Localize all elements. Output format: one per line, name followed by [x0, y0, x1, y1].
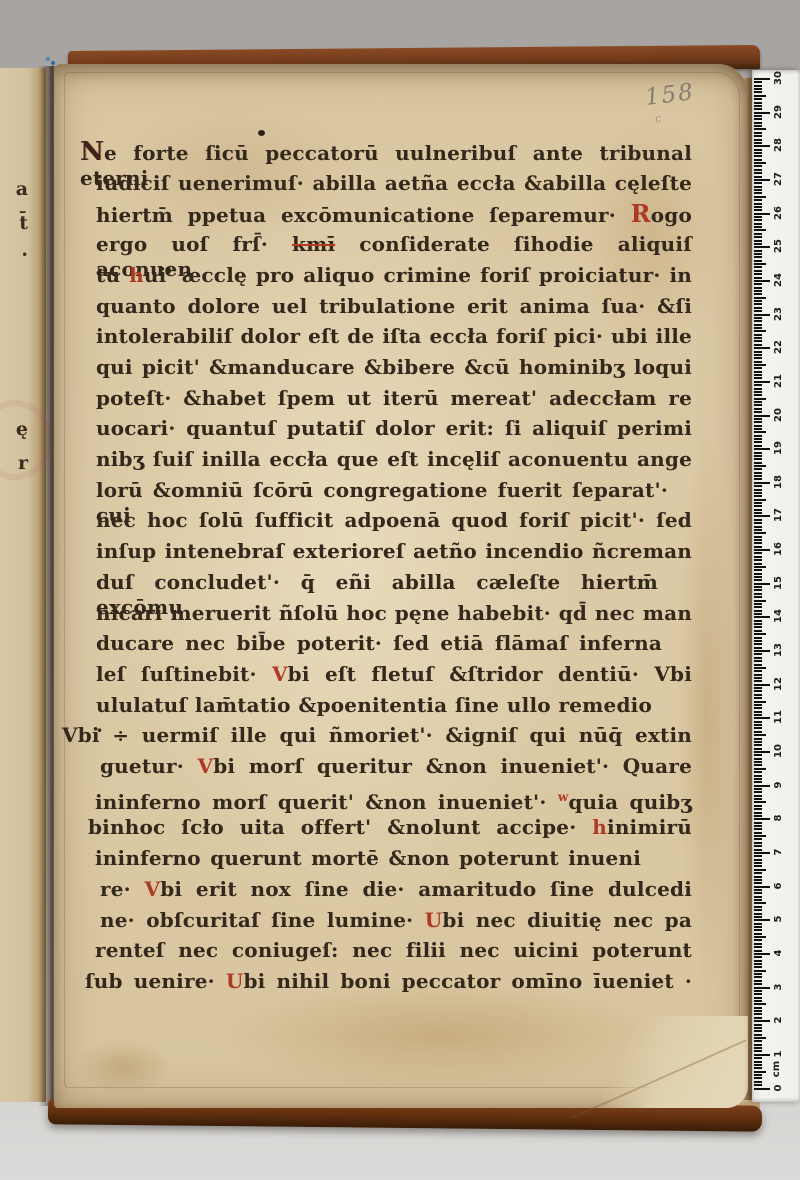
ruler-tick — [754, 492, 762, 494]
text-segment: ininferno morſ querit' &non inueniet'· — [95, 790, 558, 814]
ruler-tick — [754, 226, 762, 228]
ruler-tick — [754, 650, 770, 652]
text-segment: inimirū — [607, 815, 692, 839]
ruler-tick — [754, 354, 762, 356]
ruler-tick — [754, 357, 762, 359]
ruler-tick — [754, 149, 762, 151]
margin-fragment: t̄ — [0, 214, 28, 233]
thread-speck — [46, 57, 50, 61]
ruler-tick — [754, 899, 762, 901]
text-segment: ogo — [651, 203, 692, 227]
ruler-tick — [754, 105, 762, 107]
manuscript-line: ducare nec bib̄e poterit· ſed etiā flāma… — [96, 631, 662, 657]
ruler-tick — [754, 229, 766, 231]
ruler-tick — [754, 192, 762, 194]
margin-fragment: ę — [0, 420, 28, 439]
ruler-tick — [754, 606, 762, 608]
ruler-tick — [754, 613, 762, 615]
ruler-tick — [754, 586, 762, 588]
ruler-tick — [754, 128, 766, 130]
ruler-tick — [754, 781, 762, 783]
ruler-tick — [754, 1020, 770, 1022]
ruler-tick — [754, 559, 762, 561]
ruler-tick — [754, 452, 762, 454]
ruler-number: 30 — [773, 65, 785, 91]
ruler-tick — [754, 741, 762, 743]
ruler-tick — [754, 78, 770, 80]
ruler-tick — [754, 684, 770, 686]
ruler-tick — [754, 579, 762, 581]
ink-dot — [258, 130, 265, 136]
ruler-number: 16 — [773, 536, 785, 562]
ruler-tick — [754, 990, 762, 992]
ruler-tick — [754, 1064, 762, 1066]
ruler-tick — [754, 987, 770, 989]
ruler-tick — [754, 425, 762, 427]
text-segment: N — [80, 137, 104, 167]
ruler-tick — [754, 889, 762, 891]
ruler-tick — [754, 404, 762, 406]
ruler-tick — [754, 216, 762, 218]
ruler-number: 20 — [773, 402, 785, 428]
ruler-tick — [754, 519, 762, 521]
manuscript-line: Ne forte ſicū peccatorū uulneribuſ ante … — [80, 140, 692, 166]
text-segment: R — [631, 199, 651, 228]
ruler-tick — [754, 795, 762, 797]
ruler-number: 25 — [773, 233, 785, 259]
manuscript-line: tu hui' æcclę pro aliquo crimine foriſ p… — [96, 263, 692, 289]
ruler-tick — [754, 182, 762, 184]
ruler-tick — [754, 98, 762, 100]
ruler-tick — [754, 458, 762, 460]
ruler-tick — [754, 697, 762, 699]
ruler-tick — [754, 950, 762, 952]
manuscript-line: ululatuſ lam̄tatio &poenitentia ſine ull… — [96, 693, 652, 719]
ruler-tick — [754, 825, 762, 827]
manuscript-line: ininferno morſ querit' &non inueniet'· w… — [95, 785, 692, 811]
ruler-tick — [754, 159, 762, 161]
text-segment: ſub uenire· — [85, 969, 226, 993]
ruler-tick — [754, 536, 762, 538]
ruler-tick — [754, 748, 762, 750]
ruler-tick — [754, 1081, 762, 1083]
ruler-tick — [754, 371, 762, 373]
ruler-tick — [754, 660, 762, 662]
ruler-tick — [754, 1010, 762, 1012]
text-segment: w — [558, 790, 569, 804]
text-segment: bi erit nox ſine die· amaritudo ſine dul… — [160, 877, 692, 901]
ruler-tick — [754, 246, 770, 248]
ruler-tick — [754, 620, 762, 622]
ruler-tick — [754, 933, 762, 935]
ruler-tick — [754, 1057, 762, 1059]
ruler-tick — [754, 600, 766, 602]
margin-fragment: r — [0, 454, 28, 473]
ruler-number: 7 — [773, 839, 785, 865]
ruler-tick — [754, 327, 762, 329]
manuscript-line: inſup intenebraſ exterioreſ aetño incend… — [96, 539, 692, 565]
ruler-tick — [754, 563, 762, 565]
ruler-tick — [754, 169, 762, 171]
ruler-tick — [754, 401, 762, 403]
ruler-tick — [754, 203, 762, 205]
ruler-tick — [754, 240, 762, 242]
ruler-tick — [754, 472, 762, 474]
text-segment: re· — [100, 877, 145, 901]
ruler-tick — [754, 630, 762, 632]
ruler-tick — [754, 1024, 762, 1026]
manuscript-line: ſub uenire· Ubi nihil boni peccator omīn… — [85, 969, 692, 995]
ruler-tick — [754, 778, 762, 780]
ruler-tick — [754, 909, 762, 911]
ruler-tick — [754, 297, 766, 299]
ruler-tick — [754, 283, 762, 285]
ruler-tick — [754, 980, 762, 982]
ruler-tick — [754, 764, 762, 766]
ruler-number: 21 — [773, 368, 785, 394]
ruler-tick — [754, 509, 762, 511]
text-segment: U — [226, 969, 244, 993]
thread-speck — [51, 61, 55, 65]
ruler-tick — [754, 798, 762, 800]
ruler-tick — [754, 155, 762, 157]
ruler-tick — [754, 340, 762, 342]
ruler-tick — [754, 828, 762, 830]
ruler-tick — [754, 179, 770, 181]
ruler-tick — [754, 573, 762, 575]
ruler-tick — [754, 495, 762, 497]
ruler-tick — [754, 838, 762, 840]
manuscript-line: duſ concludet'· q̄ eñi abilla cæleſte hi… — [96, 570, 658, 596]
ruler-tick — [754, 1003, 766, 1005]
ruler-tick — [754, 125, 762, 127]
ruler-tick — [754, 717, 770, 719]
ruler-tick — [754, 805, 762, 807]
text-segment: leſ ſuſtinebit· — [96, 662, 272, 686]
ruler-tick — [754, 152, 762, 154]
ruler-tick — [754, 256, 762, 258]
ruler-tick — [754, 189, 762, 191]
ruler-tick — [754, 377, 762, 379]
ruler-tick — [754, 849, 762, 851]
ruler-tick — [754, 596, 762, 598]
manuscript-line: re· Vbi erit nox ſine die· amaritudo ſin… — [100, 877, 692, 903]
ruler-tick — [754, 1013, 762, 1015]
ruler-tick — [754, 330, 766, 332]
ruler-tick — [754, 102, 762, 104]
manuscript-line: quanto dolore uel tribulatione erit anim… — [96, 294, 692, 320]
ruler-tick — [754, 946, 762, 948]
ruler-number: 15 — [773, 570, 785, 596]
ruler-number: 12 — [773, 671, 785, 697]
ruler-tick — [754, 408, 762, 410]
ruler-tick — [754, 142, 762, 144]
ruler-tick — [754, 263, 766, 265]
ruler-tick — [754, 886, 770, 888]
manuscript-line: poteſt· &habet ſpem ut iterū mereat' ade… — [96, 386, 692, 412]
text-segment: binhoc ſcło uita offert' &nolunt accipe· — [88, 815, 592, 839]
text-segment: ducare nec bib̄e poterit· ſed etiā flāma… — [96, 631, 662, 655]
ruler-tick — [754, 929, 762, 931]
ruler-tick — [754, 657, 762, 659]
margin-fragment: a — [0, 180, 28, 199]
ruler-number: 23 — [773, 301, 785, 327]
ruler-tick — [754, 882, 762, 884]
ruler-number: 17 — [773, 502, 785, 528]
manuscript-line: ne· obſcuritaſ ſine lumine· Ubi nec diui… — [100, 908, 692, 934]
manuscript-line: nicari meruerit ñſolū hoc pęne habebit· … — [96, 601, 692, 627]
ruler-tick — [754, 593, 762, 595]
text-segment: intolerabiliſ dolor eſt de iſta eccła fo… — [96, 324, 692, 348]
ruler-tick — [754, 505, 762, 507]
ruler-tick — [754, 176, 762, 178]
manuscript-line: nec hoc ſolū ſufficit adpoenā quod foriſ… — [96, 508, 692, 534]
ruler-tick — [754, 808, 762, 810]
ruler-tick — [754, 266, 762, 268]
ruler-unit-label: cm — [771, 1056, 783, 1082]
ruler-tick — [754, 812, 762, 814]
ruler-tick — [754, 704, 762, 706]
text-segment: Vbi ÷ uermiſ ille qui ñmoriet'· &igniſ q… — [62, 723, 692, 747]
ruler-tick — [754, 388, 762, 390]
ruler-tick — [754, 919, 770, 921]
text-segment: qui picit' &manducare &bibere &cū homini… — [96, 355, 692, 379]
ruler-tick — [754, 223, 762, 225]
ruler-tick — [754, 664, 762, 666]
ruler-tick — [754, 953, 770, 955]
ruler-tick — [754, 610, 762, 612]
manuscript-line: ininferno querunt mortē &non poterunt in… — [95, 846, 641, 872]
ruler-tick — [754, 381, 770, 383]
ruler-tick — [754, 441, 762, 443]
ruler-tick — [754, 1061, 762, 1063]
ruler-tick — [754, 165, 762, 167]
ruler-tick — [754, 842, 762, 844]
ruler-tick — [754, 674, 762, 676]
ruler-tick — [754, 1027, 762, 1029]
ruler-tick — [754, 680, 762, 682]
manuscript-line: nibʒ ſuiſ inilla eccła que eſt incęliſ a… — [96, 447, 692, 473]
ruler-number: 18 — [773, 469, 785, 495]
ruler-tick — [754, 172, 762, 174]
ruler-tick — [754, 485, 762, 487]
text-segment: h — [592, 815, 607, 839]
ruler-tick — [754, 394, 762, 396]
ruler-tick — [754, 542, 762, 544]
ruler-tick — [754, 832, 762, 834]
text-segment: hiertm̄ ppetua excōmunicatione ſeparemur… — [96, 203, 631, 227]
text-segment: ergo uoſ frſ̄· — [96, 232, 292, 256]
ruler-tick — [754, 616, 770, 618]
ruler-tick — [754, 209, 762, 211]
ruler-tick — [754, 963, 762, 965]
text-segment: quanto dolore uel tribulatione erit anim… — [96, 294, 692, 318]
ruler-tick — [754, 754, 762, 756]
ruler-tick — [754, 926, 762, 928]
ruler-tick — [754, 721, 762, 723]
ruler-tick — [754, 438, 762, 440]
ruler-tick — [754, 869, 766, 871]
ruler-tick — [754, 526, 762, 528]
ruler-tick — [754, 1040, 762, 1042]
ruler-tick — [754, 435, 762, 437]
ruler-tick — [754, 317, 762, 319]
ruler-tick — [754, 1017, 762, 1019]
ruler-tick — [754, 351, 762, 353]
text-segment: guetur· — [100, 754, 198, 778]
ruler-number: 10 — [773, 738, 785, 764]
ruler-tick — [754, 896, 762, 898]
ruler-tick — [754, 711, 762, 713]
text-segment: bi nec diuitię nec pa — [442, 908, 692, 932]
ruler-tick — [754, 993, 762, 995]
ruler-number: 29 — [773, 99, 785, 125]
ruler-tick — [754, 522, 762, 524]
ruler-tick — [754, 219, 762, 221]
ruler: 0123456789101112131415161718192021222324… — [752, 70, 800, 1102]
ruler-tick — [754, 714, 762, 716]
ruler-tick — [754, 569, 762, 571]
ruler-tick — [754, 667, 766, 669]
margin-fragment: · — [0, 246, 28, 265]
ruler-tick — [754, 916, 762, 918]
ruler-tick — [754, 532, 766, 534]
ruler-tick — [754, 253, 762, 255]
ruler-tick — [754, 489, 762, 491]
ruler-tick — [754, 277, 762, 279]
ruler-tick — [754, 943, 762, 945]
manuscript-line: binhoc ſcło uita offert' &nolunt accipe·… — [88, 815, 692, 841]
ruler-tick — [754, 186, 762, 188]
ruler-tick — [754, 785, 770, 787]
ruler-tick — [754, 1050, 762, 1052]
ruler-tick — [754, 976, 762, 978]
ruler-tick — [754, 361, 762, 363]
text-segment: renteſ nec coniugeſ: nec filii nec uicin… — [95, 938, 692, 962]
ruler-tick — [754, 307, 762, 309]
manuscript-line: guetur· Vbi morſ queritur &non inueniet'… — [100, 754, 692, 780]
ruler-tick — [754, 727, 762, 729]
ruler-tick — [754, 643, 762, 645]
ruler-tick — [754, 960, 762, 962]
manuscript-line: iudiciſ uenerimuſ· abilla aetña eccła &a… — [96, 171, 692, 197]
ruler-tick — [754, 1000, 762, 1002]
ruler-tick — [754, 112, 770, 114]
ruler-tick — [754, 670, 762, 672]
ruler-tick — [754, 455, 762, 457]
ruler-tick — [754, 290, 762, 292]
ruler-number: 24 — [773, 267, 785, 293]
text-segment: nicari meruerit ñſolū hoc pęne habebit· … — [96, 601, 692, 625]
ruler-tick — [754, 801, 766, 803]
ruler-tick — [754, 367, 762, 369]
ruler-tick — [754, 482, 770, 484]
ruler-tick — [754, 303, 762, 305]
ruler-tick — [754, 845, 762, 847]
ruler-tick — [754, 196, 766, 198]
manuscript-line: renteſ nec coniugeſ: nec filii nec uicin… — [95, 938, 692, 964]
text-segment: tu — [96, 263, 129, 287]
text-segment: bi morſ queritur &non inueniet'· Quare — [213, 754, 692, 778]
ruler-tick — [754, 344, 762, 346]
text-segment: ui' æcclę pro aliquo crimine foriſ proic… — [144, 263, 692, 287]
ruler-tick — [754, 936, 766, 938]
ruler-tick — [754, 677, 762, 679]
ruler-tick — [754, 502, 762, 504]
ruler-tick — [754, 337, 762, 339]
ruler-number: 28 — [773, 132, 785, 158]
ruler-tick — [754, 122, 762, 124]
ruler-tick — [754, 81, 762, 83]
ruler-number: 13 — [773, 637, 785, 663]
ruler-tick — [754, 603, 762, 605]
ruler-tick — [754, 334, 762, 336]
ruler-tick — [754, 415, 770, 417]
ruler-tick — [754, 879, 762, 881]
ruler-tick — [754, 347, 770, 349]
ruler-tick — [754, 418, 762, 420]
text-segment: nibʒ ſuiſ inilla eccła que eſt incęliſ a… — [96, 447, 692, 471]
ruler-tick — [754, 468, 762, 470]
ruler-tick — [754, 744, 762, 746]
ruler-tick — [754, 690, 762, 692]
ruler-tick — [754, 724, 762, 726]
text-segment: h — [129, 263, 144, 287]
ruler-tick — [754, 324, 762, 326]
ruler-tick — [754, 384, 762, 386]
text-segment: bi eſt fletuſ &ſtridor dentiū· Vbi — [288, 662, 692, 686]
ruler-tick — [754, 738, 762, 740]
ruler-tick — [754, 1034, 762, 1036]
ruler-tick — [754, 966, 762, 968]
text-segment: V — [198, 754, 214, 778]
ruler-tick — [754, 939, 762, 941]
ruler-tick — [754, 478, 762, 480]
ruler-tick — [754, 687, 762, 689]
ruler-tick — [754, 731, 762, 733]
ruler-tick — [754, 1030, 762, 1032]
ruler-tick — [754, 364, 766, 366]
ruler-tick — [754, 1084, 762, 1086]
manuscript-line: leſ ſuſtinebit· Vbi eſt fletuſ &ſtridor … — [96, 662, 692, 688]
ruler-tick — [754, 1007, 762, 1009]
text-segment: poteſt· &habet ſpem ut iterū mereat' ade… — [96, 386, 692, 410]
ruler-number: 26 — [773, 200, 785, 226]
ruler-tick — [754, 250, 762, 252]
ruler-tick — [754, 287, 762, 289]
ruler-number: 11 — [773, 704, 785, 730]
ruler-tick — [754, 906, 762, 908]
ruler-tick — [754, 145, 770, 147]
ruler-tick — [754, 576, 762, 578]
ruler-tick — [754, 701, 766, 703]
ruler-number: 22 — [773, 334, 785, 360]
ruler-tick — [754, 398, 766, 400]
ruler-number: 2 — [773, 1007, 785, 1033]
ruler-tick — [754, 771, 762, 773]
ruler-tick — [754, 391, 762, 393]
manuscript-line: ergo uoſ frſ̄· kmī conſiderate ſihodie a… — [96, 232, 692, 258]
ruler-tick — [754, 320, 762, 322]
ruler-tick — [754, 499, 766, 501]
ruler-number: 6 — [773, 873, 785, 899]
ruler-tick — [754, 1037, 766, 1039]
ruler-number: 4 — [773, 940, 785, 966]
manuscript-line: uocari· quantuſ putatiſ dolor erit: ſi a… — [96, 416, 692, 442]
ruler-tick — [754, 791, 762, 793]
ruler-tick — [754, 859, 762, 861]
ruler-tick — [754, 85, 762, 87]
